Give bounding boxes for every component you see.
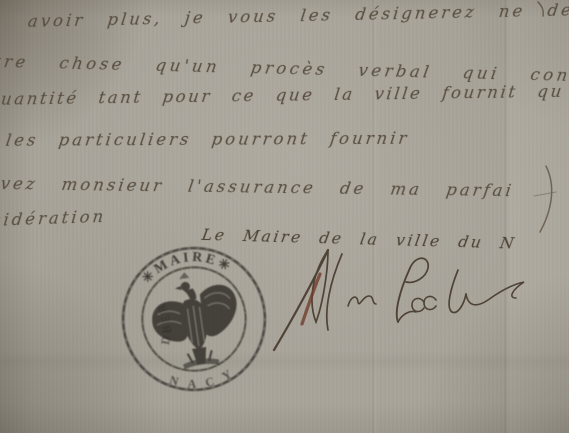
manuscript-line-6: sidération	[0, 207, 107, 230]
mayor-seal-stamp: ✳MAIRE✳ N A C Y DBER	[108, 233, 280, 405]
document-photo: avoir plus, je vous les désignerez ne de…	[0, 0, 569, 433]
manuscript-line-5: evez monsieur l'assurance de ma parfai	[0, 174, 515, 200]
manuscript-line-2: tre chose qu'un procès verbal qui cons	[0, 52, 569, 85]
manuscript-line-3: quantité tant pour ce que la ville fourn…	[0, 82, 565, 109]
signature-flourish	[262, 246, 542, 361]
manuscript-line-4: les particuliers pourront fournir	[5, 129, 411, 150]
manuscript-line-1: avoir plus, je vous les désignerez ne de…	[27, 0, 569, 31]
tall-f-flourish	[540, 166, 552, 232]
